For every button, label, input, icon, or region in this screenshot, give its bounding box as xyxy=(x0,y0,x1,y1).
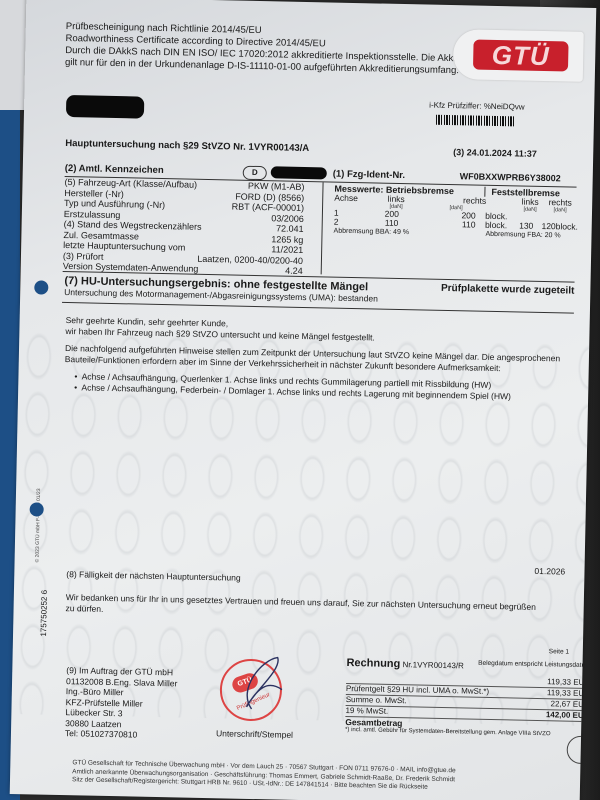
letter-body: Sehr geehrte Kundin, sehr geehrter Kunde… xyxy=(64,315,566,402)
company-footer: GTÜ Gesellschaft für Technische Überwach… xyxy=(72,759,456,793)
invoice-rows: 119,33 EURPrüfentgelt §29 HU incl. UMA o… xyxy=(345,673,590,722)
inspection-date: (3) 24.01.2024 11:37 xyxy=(453,147,537,159)
side-document-code: 175750252 6 xyxy=(39,590,49,637)
column-divider xyxy=(321,182,324,274)
invoice-note: Belegdatum entspricht Leistungsdatum xyxy=(478,660,590,669)
punch-hole xyxy=(34,280,48,294)
inspection-title: Hauptuntersuchung nach §29 StVZO Nr. 1VY… xyxy=(65,138,309,154)
brake-measurements: Messwerte: Betriebsbremse Feststellbrems… xyxy=(333,184,584,240)
brake-p-rechts: 120 xyxy=(533,222,556,231)
vehicle-value: 1265 kg xyxy=(271,234,303,245)
invoice-number: Nr.1VYR00143/R xyxy=(402,660,464,670)
certificate-header: Prüfbescheinigung nach Richtlinie 2014/4… xyxy=(65,21,499,78)
brake-note: block. xyxy=(475,221,507,231)
signature-label: Unterschrift/Stempel xyxy=(216,728,293,740)
gtu-logo: GTÜ xyxy=(473,39,569,71)
barcode xyxy=(436,115,516,127)
page-number: Seite 1 xyxy=(549,648,569,655)
fba-value: Abbremsung FBA: 20 % xyxy=(485,231,560,240)
invoice: Rechnung Nr.1VYR00143/R Belegdatum entsp… xyxy=(345,657,591,738)
redacted-plate xyxy=(271,166,327,179)
vehicle-data-table: (5) Fahrzeug-Art (Klasse/Aufbau)PKW (M1-… xyxy=(63,177,305,277)
vin-label: (1) Fzg-Ident-Nr. xyxy=(333,169,406,182)
intro: wir haben Ihr Fahrzeug nach §29 StVZO un… xyxy=(65,326,375,342)
logo-area: GTÜ xyxy=(453,29,584,82)
signature xyxy=(221,648,292,719)
hint-intro: Die nachfolgend aufgeführten Hinweise st… xyxy=(65,343,565,374)
vehicle-value: 11/2021 xyxy=(271,244,303,255)
next-inspection-date: 01.2026 xyxy=(534,566,565,577)
pruefziffer: i-Kfz Prüfziffer: %NeiDQvw xyxy=(429,101,525,112)
brake-links: 110 xyxy=(363,218,419,228)
brake-achse: 2 xyxy=(334,218,364,228)
plate-row: (2) Amtl. Kennzeichen D (1) Fzg-Ident-Nr… xyxy=(65,163,575,174)
inspector-line: Tel: 051027370810 xyxy=(65,728,177,741)
plate-label: (2) Amtl. Kennzeichen xyxy=(65,163,164,176)
brake-rechts: 110 xyxy=(419,219,475,229)
vehicle-value: Laatzen, 0200-40/0200-40 xyxy=(197,253,303,266)
vehicle-value: 72.041 xyxy=(276,223,304,234)
country-code: D xyxy=(243,166,267,180)
redacted-address xyxy=(66,95,144,119)
vehicle-value: RBT (ACF-00001) xyxy=(232,201,305,213)
inspection-certificate: Prüfbescheinigung nach Richtlinie 2014/4… xyxy=(10,0,597,800)
brake-p-links: 130 xyxy=(507,221,533,231)
invoice-title: Rechnung xyxy=(346,657,400,670)
brake-p-note: block. xyxy=(556,222,584,232)
vehicle-value: 03/2006 xyxy=(271,213,304,224)
vin-value: WF0BXXWPRB6Y38002 xyxy=(460,171,561,183)
inspector-info: (9) Im Auftrag der GTÜ mbH01132008 B.Eng… xyxy=(65,665,178,741)
